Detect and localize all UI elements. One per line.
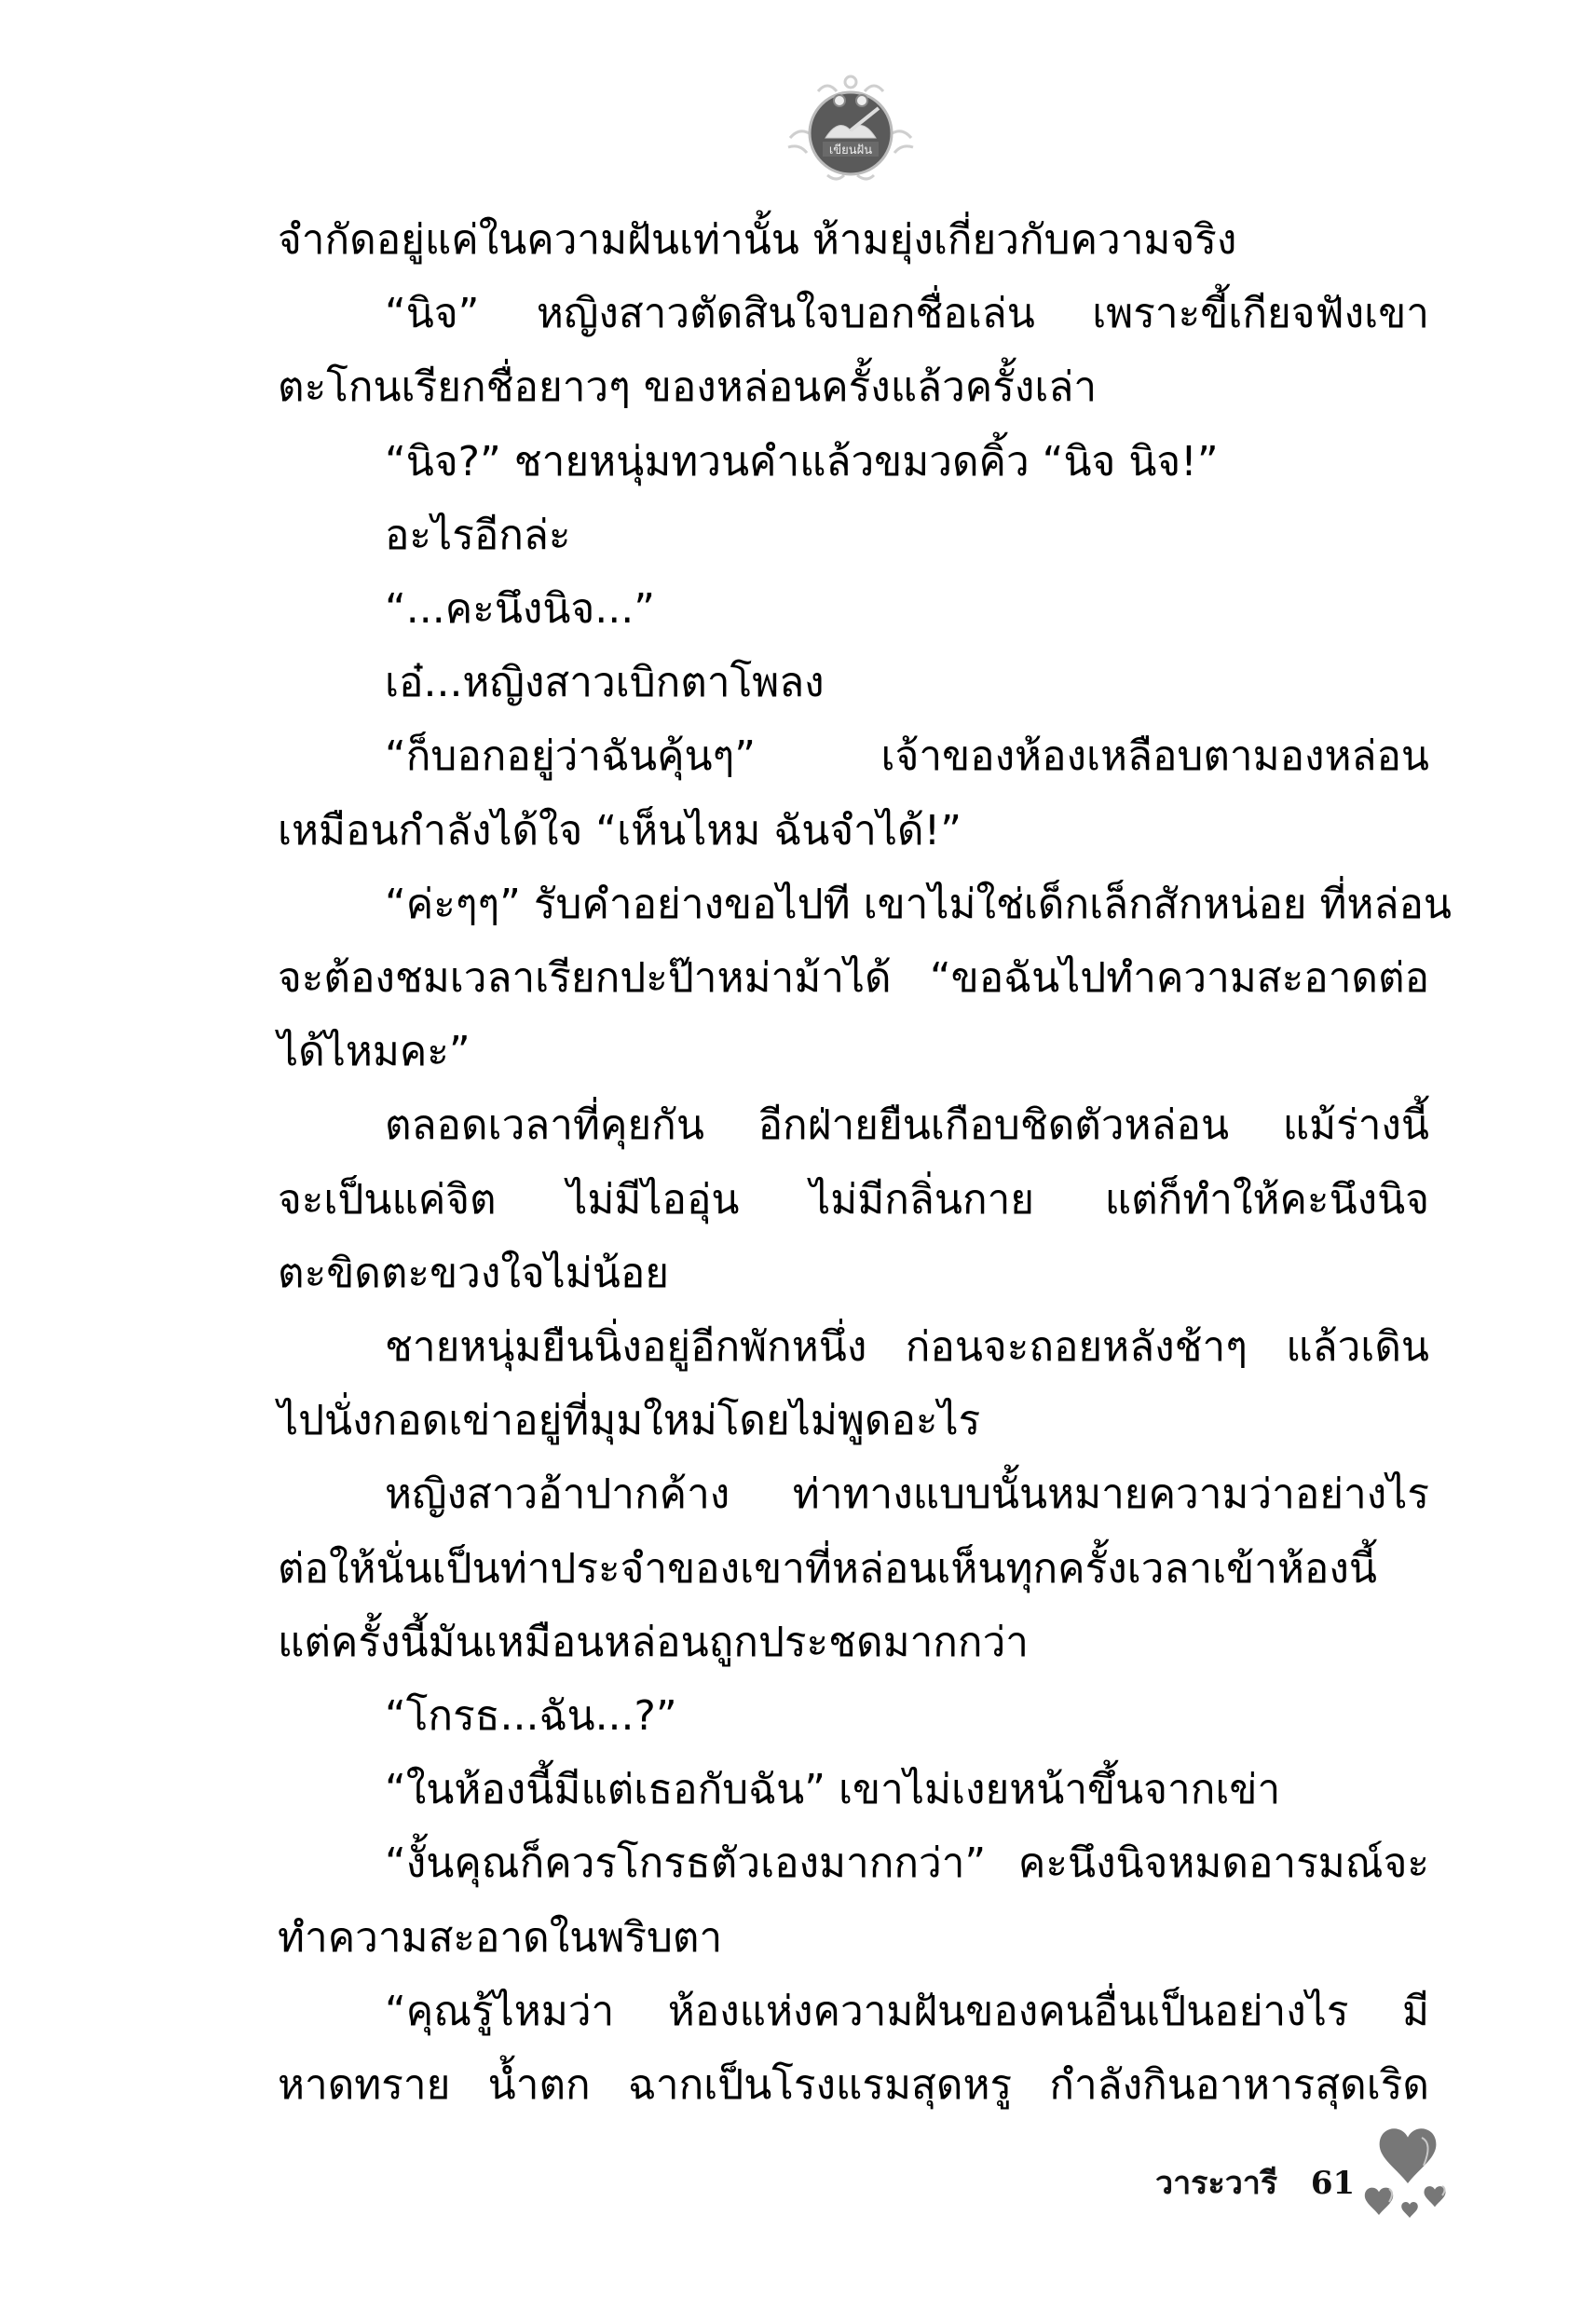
book-quill-emblem-icon: เขียนฝัน bbox=[781, 73, 921, 185]
hearts-icon bbox=[1360, 2126, 1453, 2220]
text-line: เหมือนกำลังได้ใจ “เห็นไหม ฉันจำได้!” bbox=[278, 794, 1429, 868]
text-line: แต่ครั้งนี้มันเหมือนหล่อนถูกประชดมากกว่า bbox=[278, 1606, 1429, 1679]
text-line: “ในห้องนี้มีแต่เธอกับฉัน” เขาไม่เงยหน้าข… bbox=[385, 1753, 1429, 1826]
text-line: “โกรธ...ฉัน...?” bbox=[385, 1679, 1429, 1753]
text-line: หาดทราย น้ำตก ฉากเป็นโรงแรมสุดหรู กำลังก… bbox=[278, 2048, 1429, 2122]
text-line: ไปนั่งกอดเข่าอยู่ที่มุมใหม่โดยไม่พูดอะไร bbox=[278, 1384, 1429, 1457]
text-line: ได้ไหมคะ” bbox=[278, 1015, 1429, 1088]
svg-text:เขียนฝัน: เขียนฝัน bbox=[829, 143, 872, 157]
text-line: ตะโกนเรียกชื่อยาวๆ ของหล่อนครั้งแล้วครั้… bbox=[278, 350, 1429, 424]
text-line: ตะขิดตะขวงใจไม่น้อย bbox=[278, 1237, 1429, 1310]
text-line: ทำความสะอาดในพริบตา bbox=[278, 1901, 1429, 1975]
text-line: ตลอดเวลาที่คุยกัน อีกฝ่ายยืนเกือบชิดตัวห… bbox=[385, 1088, 1429, 1162]
text-line: “นิจ?” ชายหนุ่มทวนคำแล้วขมวดคิ้ว “นิจ นิ… bbox=[385, 425, 1429, 499]
text-line: จะต้องชมเวลาเรียกปะป๊าหม่าม้าได้ “ขอฉันไ… bbox=[278, 941, 1429, 1015]
page-number: 61 bbox=[1311, 2165, 1355, 2202]
text-line: อะไรอีกล่ะ bbox=[385, 499, 1429, 572]
text-line: “นิจ” หญิงสาวตัดสินใจบอกชื่อเล่น เพราะขี… bbox=[385, 277, 1429, 350]
text-line: “ก็บอกอยู่ว่าฉันคุ้นๆ” เจ้าของห้องเหลือบ… bbox=[385, 719, 1429, 793]
text-line: “คุณรู้ไหมว่า ห้องแห่งความฝันของคนอื่นเป… bbox=[385, 1975, 1429, 2048]
book-title: วาระวารี bbox=[1155, 2165, 1277, 2202]
book-page: เขียนฝัน จำกัดอยู่แค่ในความฝันเท่านั้น ห… bbox=[0, 0, 1596, 2311]
text-line: “ค่ะๆๆ” รับคำอย่างขอไปที เขาไม่ใช่เด็กเล… bbox=[385, 868, 1429, 941]
footer-page-label: วาระวารี 61 bbox=[1155, 2160, 1355, 2207]
text-line: เอ๋...หญิงสาวเบิกตาโพลง bbox=[385, 646, 1429, 719]
text-line: “...คะนึงนิจ...” bbox=[385, 572, 1429, 646]
text-line: “งั้นคุณก็ควรโกรธตัวเองมากกว่า” คะนึงนิจ… bbox=[385, 1826, 1429, 1900]
text-line: ชายหนุ่มยืนนิ่งอยู่อีกพักหนึ่ง ก่อนจะถอย… bbox=[385, 1310, 1429, 1384]
text-line: หญิงสาวอ้าปากค้าง ท่าทางแบบนั้นหมายความว… bbox=[385, 1457, 1429, 1531]
text-line: ต่อให้นั่นเป็นท่าประจำของเขาที่หล่อนเห็น… bbox=[278, 1532, 1429, 1606]
text-line: จะเป็นแค่จิต ไม่มีไออุ่น ไม่มีกลิ่นกาย แ… bbox=[278, 1163, 1429, 1237]
text-line: จำกัดอยู่แค่ในความฝันเท่านั้น ห้ามยุ่งเก… bbox=[278, 203, 1429, 277]
